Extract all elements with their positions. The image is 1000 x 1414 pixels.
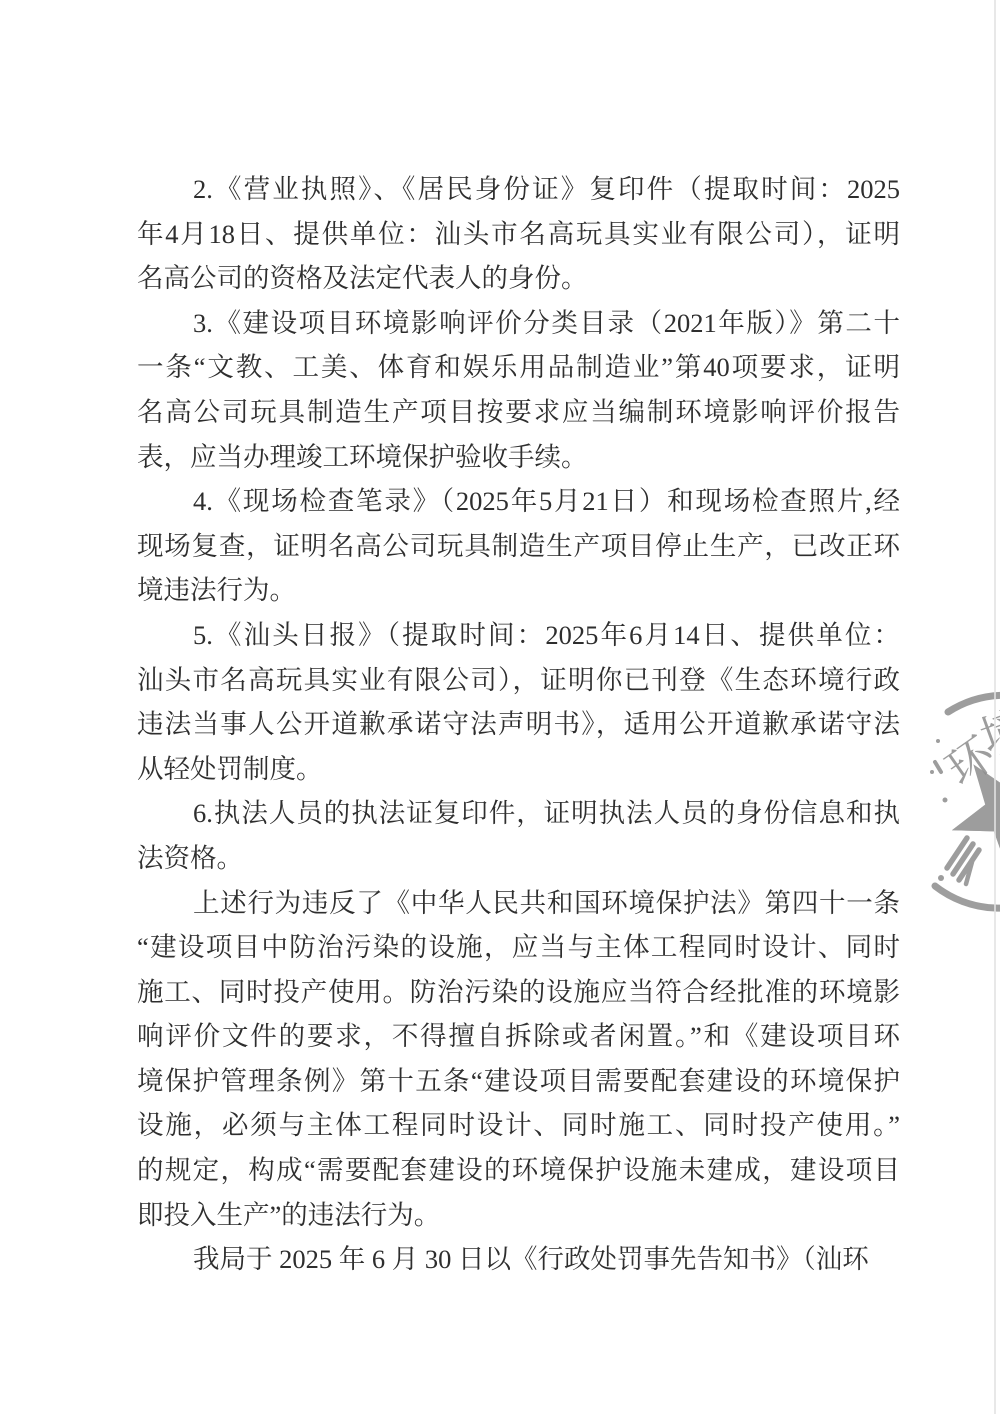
text-line-legal-basis-7: 的规定，构成“需要配套建设的环境保护设施未建成，建设项目 (137, 1148, 900, 1193)
text-line-evidence-item-4-2: 现场复查，证明名高公司玩具制造生产项目停止生产，已改正环 (137, 524, 900, 569)
seal-char-jing: 境 (974, 701, 1000, 765)
text-line-evidence-item-6-2: 法资格。 (137, 836, 900, 881)
text-line-evidence-item-3-1: 3.《建设项目环境影响评价分类目录（2021年版）》第二十 (137, 301, 900, 346)
text-line-evidence-item-3-2: 一条“文教、工美、体育和娱乐用品制造业”第40项要求，证明 (137, 345, 900, 390)
text-line-legal-basis-2: “建设项目中防治污染的设施，应当与主体工程同时设计、同时 (137, 925, 900, 970)
text-line-legal-basis-8: 即投入生产”的违法行为。 (137, 1193, 900, 1238)
text-line-evidence-item-6-1: 6.执法人员的执法证复印件，证明执法人员的身份信息和执 (137, 791, 900, 836)
text-line-evidence-item-5-1: 5.《汕头日报》（提取时间：2025年6月14日、提供单位： (137, 613, 900, 658)
document-body: 2.《营业执照》、《居民身份证》复印件（提取时间：2025年4月18日、提供单位… (137, 167, 900, 1282)
text-line-evidence-item-3-3: 名高公司玩具制造生产项目按要求应当编制环境影响评价报告 (137, 390, 900, 435)
text-line-prior-notice-1: 我局于 2025 年 6 月 30 日以《行政处罚事先告知书》（汕环 (137, 1237, 900, 1282)
text-line-legal-basis-6: 设施，必须与主体工程同时设计、同时施工、同时投产使用。” (137, 1103, 900, 1148)
text-line-evidence-item-5-4: 从轻处罚制度。 (137, 747, 900, 792)
text-line-evidence-item-2-3: 名高公司的资格及法定代表人的身份。 (137, 256, 900, 301)
text-line-evidence-item-2-2: 年4月18日、提供单位：汕头市名高玩具实业有限公司），证明 (137, 212, 900, 257)
scan-edge-artifact (994, 0, 996, 1414)
text-line-legal-basis-4: 响评价文件的要求，不得擅自拆除或者闲置。”和《建设项目环 (137, 1014, 900, 1059)
text-line-evidence-item-5-2: 汕头市名高玩具实业有限公司），证明你已刊登《生态环境行政 (137, 658, 900, 703)
text-line-legal-basis-3: 施工、同时投产使用。防治污染的设施应当符合经批准的环境影 (137, 970, 900, 1015)
text-line-evidence-item-5-3: 违法当事人公开道歉承诺守法声明书》，适用公开道歉承诺守法 (137, 702, 900, 747)
text-line-legal-basis-1: 上述行为违反了《中华人民共和国环境保护法》第四十一条 (137, 881, 900, 926)
seal-char-huan: 环 (937, 727, 1000, 796)
scanned-document-page: 2.《营业执照》、《居民身份证》复印件（提取时间：2025年4月18日、提供单位… (0, 0, 1000, 1414)
text-line-evidence-item-4-1: 4.《现场检查笔录》（2025年5月21日）和现场检查照片,经 (137, 479, 900, 524)
text-line-evidence-item-4-3: 境违法行为。 (137, 568, 900, 613)
text-line-legal-basis-5: 境保护管理条例》第十五条“建设项目需要配套建设的环境保护 (137, 1059, 900, 1104)
text-line-evidence-item-3-4: 表，应当办理竣工环境保护验收手续。 (137, 435, 900, 480)
text-line-evidence-item-2-1: 2.《营业执照》、《居民身份证》复印件（提取时间：2025 (137, 167, 900, 212)
seal-star-icon (952, 788, 1000, 871)
